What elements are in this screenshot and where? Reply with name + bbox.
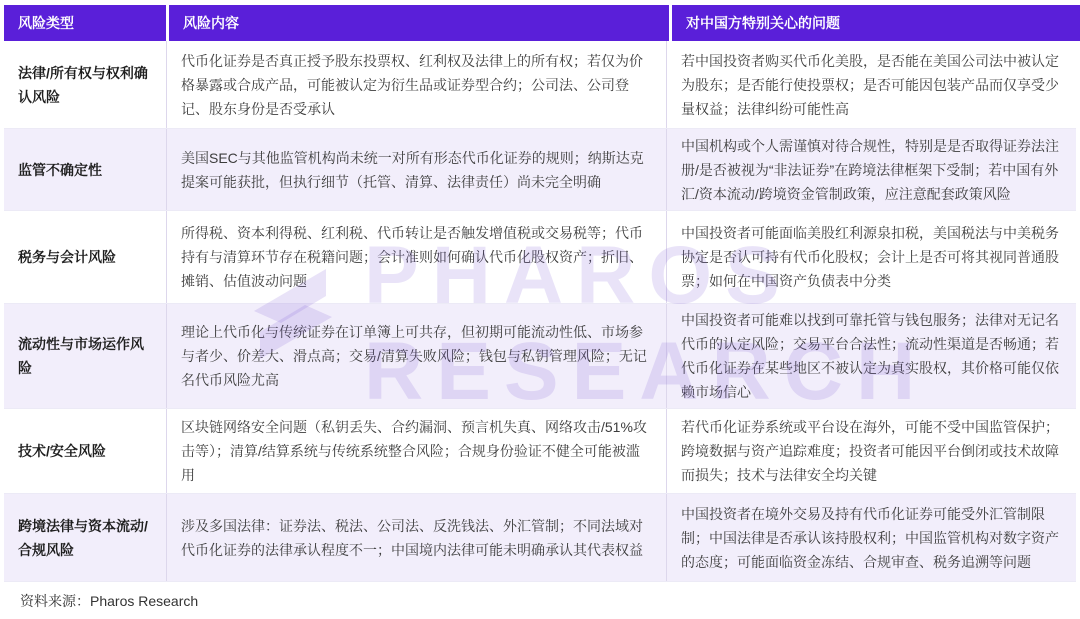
risk-type-cell: 法律/所有权与权利确认风险	[4, 41, 166, 128]
column-header-risk-content: 风险内容	[169, 5, 669, 41]
risk-table: 风险类型 风险内容 对中国方特别关心的问题 法律/所有权与权利确认风险 代币化证…	[4, 5, 1076, 582]
risk-content-cell: 美国SEC与其他监管机构尚未统一对所有形态代币化证券的规则；纳斯达克提案可能获批…	[166, 129, 666, 210]
china-concern-cell: 中国投资者可能难以找到可靠托管与钱包服务；法律对无记名代币的认定风险；交易平台合…	[666, 304, 1076, 408]
source-note: 资料来源：Pharos Research	[4, 582, 1076, 619]
china-concern-cell: 若代币化证券系统或平台设在海外，可能不受中国监管保护；跨境数据与资产追踪难度；投…	[666, 409, 1076, 493]
china-concern-cell: 中国投资者在境外交易及持有代币化证券可能受外汇管制限制；中国法律是否承认该持股权…	[666, 494, 1076, 581]
risk-type-cell: 监管不确定性	[4, 129, 166, 210]
risk-type-cell: 跨境法律与资本流动/合规风险	[4, 494, 166, 581]
risk-content-cell: 代币化证券是否真正授予股东投票权、红利权及法律上的所有权；若仅为价格暴露或合成产…	[166, 41, 666, 128]
risk-type-cell: 技术/安全风险	[4, 409, 166, 493]
risk-content-cell: 所得税、资本利得税、红利税、代币转让是否触发增值税或交易税等；代币持有与清算环节…	[166, 211, 666, 303]
column-header-china-concerns: 对中国方特别关心的问题	[672, 5, 1080, 41]
table-row-tax-accounting: 税务与会计风险 所得税、资本利得税、红利税、代币转让是否触发增值税或交易税等；代…	[4, 211, 1076, 304]
table-row-legal-ownership: 法律/所有权与权利确认风险 代币化证券是否真正授予股东投票权、红利权及法律上的所…	[4, 41, 1076, 129]
risk-table-page: 风险类型 风险内容 对中国方特别关心的问题 法律/所有权与权利确认风险 代币化证…	[0, 0, 1080, 619]
table-row-liquidity-market: 流动性与市场运作风险 理论上代币化与传统证券在订单簿上可共存，但初期可能流动性低…	[4, 304, 1076, 409]
china-concern-cell: 若中国投资者购买代币化美股，是否能在美国公司法中被认定为股东；是否能行使投票权；…	[666, 41, 1076, 128]
table-header-row: 风险类型 风险内容 对中国方特别关心的问题	[4, 5, 1076, 41]
risk-content-cell: 涉及多国法律：证券法、税法、公司法、反洗钱法、外汇管制；不同法域对代币化证券的法…	[166, 494, 666, 581]
table-row-regulatory-uncertainty: 监管不确定性 美国SEC与其他监管机构尚未统一对所有形态代币化证券的规则；纳斯达…	[4, 129, 1076, 211]
column-header-risk-type: 风险类型	[4, 5, 166, 41]
risk-type-cell: 流动性与市场运作风险	[4, 304, 166, 408]
table-row-crossborder-compliance: 跨境法律与资本流动/合规风险 涉及多国法律：证券法、税法、公司法、反洗钱法、外汇…	[4, 494, 1076, 582]
risk-content-cell: 区块链网络安全问题（私钥丢失、合约漏洞、预言机失真、网络攻击/51%攻击等）；清…	[166, 409, 666, 493]
china-concern-cell: 中国投资者可能面临美股红利源泉扣税，美国税法与中美税务协定是否认可持有代币化股权…	[666, 211, 1076, 303]
risk-content-cell: 理论上代币化与传统证券在订单簿上可共存，但初期可能流动性低、市场参与者少、价差大…	[166, 304, 666, 408]
china-concern-cell: 中国机构或个人需谨慎对待合规性，特别是是否取得证券法注册/是否被视为“非法证券”…	[666, 129, 1076, 210]
table-row-tech-security: 技术/安全风险 区块链网络安全问题（私钥丢失、合约漏洞、预言机失真、网络攻击/5…	[4, 409, 1076, 494]
risk-type-cell: 税务与会计风险	[4, 211, 166, 303]
